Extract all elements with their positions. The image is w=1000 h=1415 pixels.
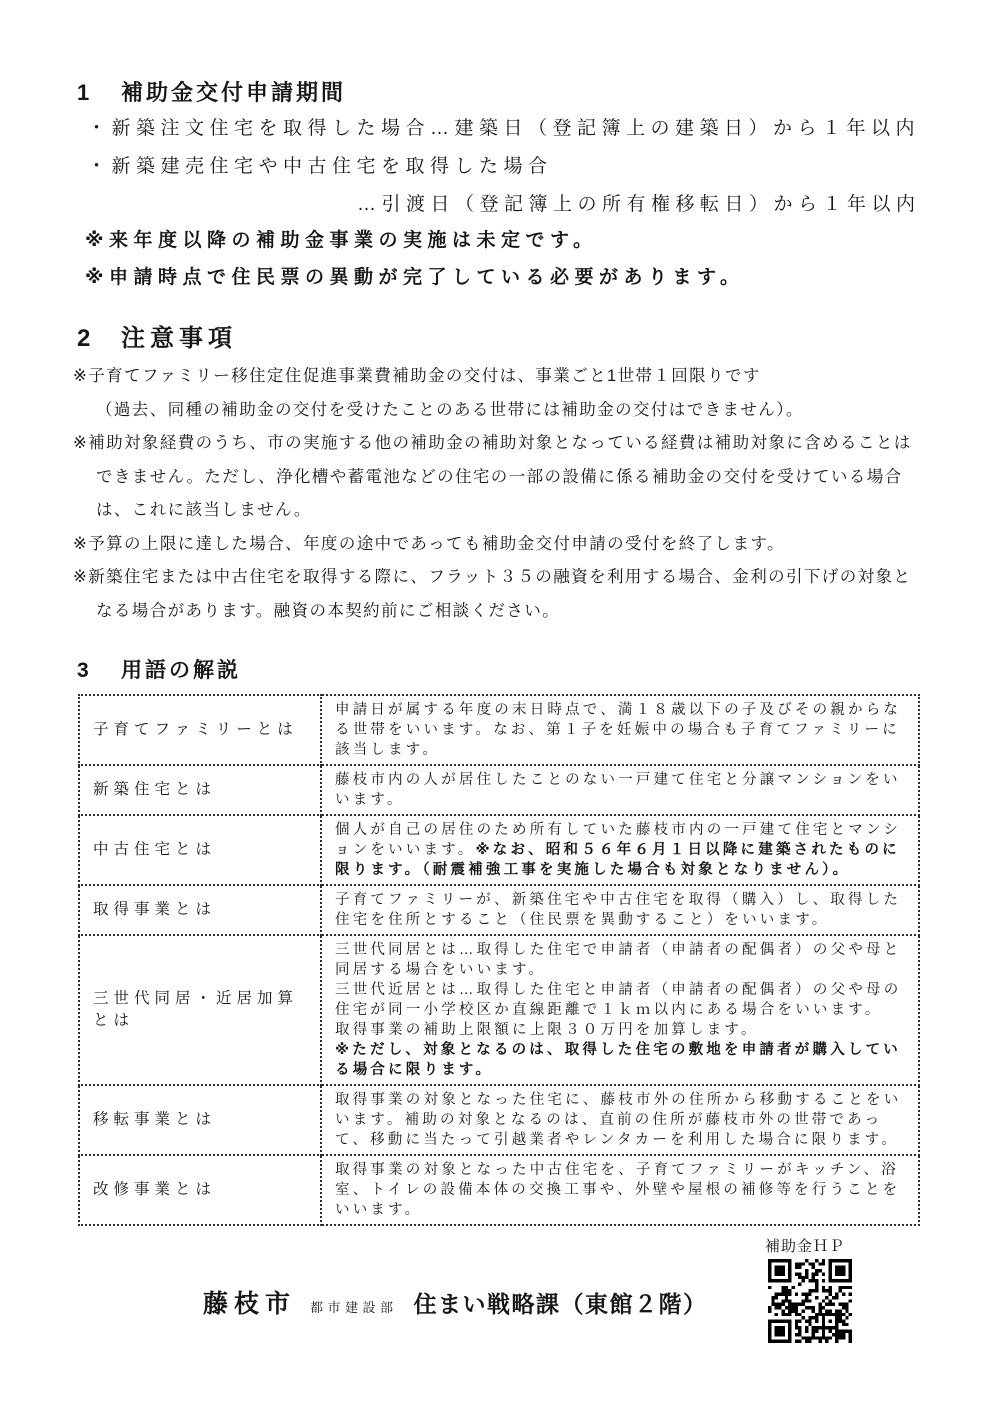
caution-once-per-household: ※子育てファミリー移住定住促進事業費補助金の交付は、事業ごと1世帯１回限りです …	[73, 360, 919, 427]
section1-title: 補助金交付申請期間	[121, 80, 346, 105]
glossary-definition: 藤枝市内の人が居住したことのない一戸建て住宅と分譲マンションをいいます。	[321, 765, 919, 815]
table-row: 取得事業とは 子育てファミリーが、新築住宅や中古住宅を取得（購入）し、取得した住…	[79, 885, 919, 935]
def-addition-condition-bold: ※ただし、対象となるのは、取得した住宅の敷地を申請者が購入している場合に限ります…	[335, 1040, 903, 1080]
glossary-table: 子育てファミリーとは 申請日が属する年度の末日時点で、満１８歳以下の子及びその親…	[78, 694, 920, 1226]
office-name: 住まい戦略課（東館２階）	[414, 1286, 708, 1319]
application-period-list: ・新築注文住宅を取得した場合…建築日（登記簿上の建築日）から１年以内 ・新築建売…	[87, 110, 921, 224]
page: { "section1": { "number": "1", "title": …	[0, 0, 1000, 1415]
note-resident-card: ※申請時点で住民票の異動が完了している必要があります。	[85, 259, 744, 296]
qr-code-svg	[768, 1259, 852, 1343]
caution-budget-limit: ※予算の上限に達した場合、年度の途中であっても補助金交付申請の受付を終了します。	[73, 528, 919, 562]
glossary-term: 新築住宅とは	[79, 765, 321, 815]
glossary-term: 改修事業とは	[79, 1155, 321, 1225]
section1-number: 1	[77, 80, 121, 106]
glossary-definition: 申請日が属する年度の末日時点で、満１８歳以下の子及びその親からなる世帯をいいます…	[321, 695, 919, 765]
table-row: 新築住宅とは 藤枝市内の人が居住したことのない一戸建て住宅と分譲マンションをいい…	[79, 765, 919, 815]
glossary-term: 子育てファミリーとは	[79, 695, 321, 765]
bullet-new-custom-home: ・新築注文住宅を取得した場合…建築日（登記簿上の建築日）から１年以内	[87, 110, 921, 148]
section1-notes: ※来年度以降の補助金事業の実施は未定です。 ※申請時点で住民票の異動が完了してい…	[85, 222, 744, 296]
section3-heading: 3用語の解説	[77, 654, 241, 684]
section1-heading: 1補助金交付申請期間	[77, 76, 346, 107]
glossary-definition: 取得事業の対象となった中古住宅を、子育てファミリーがキッチン、浴室、トイレの設備…	[321, 1155, 919, 1225]
caution-expense-overlap: ※補助対象経費のうち、市の実施する他の補助金の補助対象となっている経費は補助対象…	[73, 427, 919, 528]
glossary-term: 取得事業とは	[79, 885, 321, 935]
qr-code	[768, 1259, 852, 1343]
def-three-gen-nearby: 三世代近居とは…取得した住宅と申請者（申請者の配偶者）の父や母の住宅が同一小学校…	[335, 980, 903, 1020]
section2-number: 2	[77, 325, 121, 353]
def-addition-amount: 取得事業の補助上限額に上限３０万円を加算します。	[335, 1020, 903, 1040]
glossary-term: 中古住宅とは	[79, 815, 321, 885]
glossary-definition: 三世代同居とは…取得した住宅で申請者（申請者の配偶者）の父や母と同居する場合をい…	[321, 935, 919, 1085]
bullet-new-built-or-used: ・新築建売住宅や中古住宅を取得した場合	[87, 148, 921, 186]
bullet-handover-date: …引渡日（登記簿上の所有権移転日）から１年以内	[87, 186, 921, 224]
glossary-definition: 個人が自己の居住のため所有していた藤枝市内の一戸建て住宅とマンションをいいます。…	[321, 815, 919, 885]
note-next-year: ※来年度以降の補助金事業の実施は未定です。	[85, 222, 744, 259]
caution-flat35: ※新築住宅または中古住宅を取得する際に、フラット３５の融資を利用する場合、金利の…	[73, 561, 919, 628]
glossary-definition: 子育てファミリーが、新築住宅や中古住宅を取得（購入）し、取得した住宅を住所とする…	[321, 885, 919, 935]
section3-title: 用語の解説	[121, 659, 241, 682]
table-row: 子育てファミリーとは 申請日が属する年度の末日時点で、満１８歳以下の子及びその親…	[79, 695, 919, 765]
glossary-definition: 取得事業の対象となった住宅に、藤枝市外の住所から移動することをいいます。補助の対…	[321, 1085, 919, 1155]
cautions-text: ※子育てファミリー移住定住促進事業費補助金の交付は、事業ごと1世帯１回限りです …	[73, 360, 919, 628]
qr-label: 補助金ＨＰ	[765, 1235, 845, 1256]
table-row: 中古住宅とは 個人が自己の居住のため所有していた藤枝市内の一戸建て住宅とマンショ…	[79, 815, 919, 885]
table-row: 移転事業とは 取得事業の対象となった住宅に、藤枝市外の住所から移動することをいい…	[79, 1085, 919, 1155]
city-name: 藤枝市	[203, 1284, 296, 1320]
section3-number: 3	[77, 659, 121, 683]
section2-title: 注意事項	[121, 325, 237, 352]
table-row: 改修事業とは 取得事業の対象となった中古住宅を、子育てファミリーがキッチン、浴室…	[79, 1155, 919, 1225]
footer-contact: 藤枝市 都市建設部 住まい戦略課（東館２階）	[203, 1284, 708, 1320]
glossary-term: 移転事業とは	[79, 1085, 321, 1155]
def-three-gen-living: 三世代同居とは…取得した住宅で申請者（申請者の配偶者）の父や母と同居する場合をい…	[335, 940, 903, 980]
table-row: 三世代同居・近居加算とは 三世代同居とは…取得した住宅で申請者（申請者の配偶者）…	[79, 935, 919, 1085]
department-name: 都市建設部	[310, 1297, 398, 1316]
section2-heading: 2注意事項	[77, 318, 237, 353]
glossary-term: 三世代同居・近居加算とは	[79, 935, 321, 1085]
